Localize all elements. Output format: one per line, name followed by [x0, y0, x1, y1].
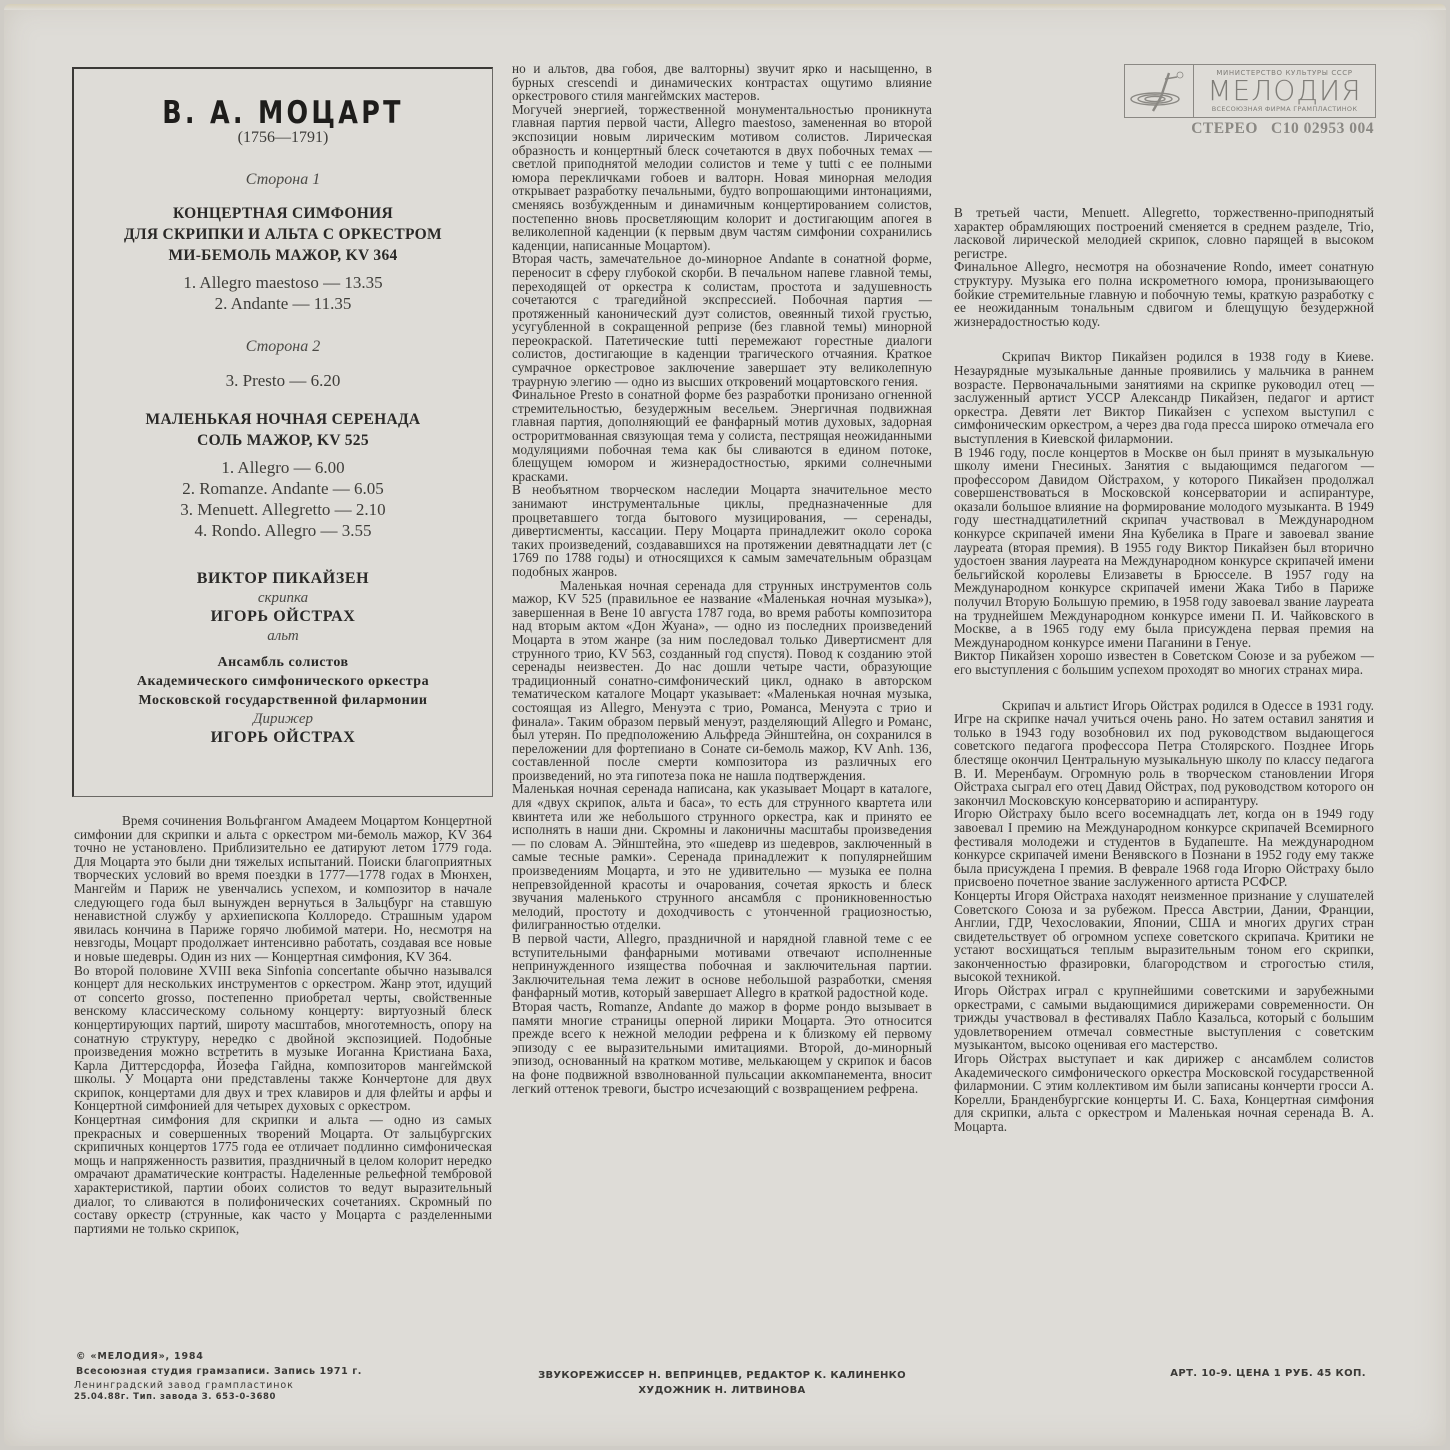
liner-note-paragraph: Виктор Пикайзен хорошо известен в Советс…: [954, 649, 1374, 676]
liner-note-paragraph: Вторая часть, замечательное до-минорное …: [512, 252, 932, 388]
conductor-name: ИГОРЬ ОЙСТРАХ: [74, 728, 492, 748]
track-item: 2. Romanze. Andante — 6.05: [74, 478, 492, 499]
track-listing-box: В. А. МОЦАРТ (1756—1791) Сторона 1 КОНЦЕ…: [72, 67, 493, 797]
catalog-number: СТЕРЕО С10 02953 004: [1174, 120, 1374, 138]
track-item: 2. Andante — 11.35: [74, 293, 492, 314]
price: АРТ. 10-9. ЦЕНА 1 РУБ. 45 КОП.: [1170, 1368, 1366, 1379]
ensemble-name: Ансамбль солистовАкадемического симфонич…: [74, 653, 492, 710]
record-player-arm-icon: [1125, 65, 1194, 117]
conductor-label: Дирижер: [74, 710, 492, 728]
work-2-title: МАЛЕНЬКАЯ НОЧНАЯ СЕРЕНАДА СОЛЬ МАЖОР, KV…: [74, 409, 492, 451]
track-item: 1. Allegro — 6.00: [74, 457, 492, 478]
liner-note-paragraph: В необъятном творческом наследии Моцарта…: [512, 483, 932, 578]
ensemble-line: Академического симфонического оркестра: [74, 672, 492, 691]
format-label: СТЕРЕО: [1191, 120, 1258, 137]
liner-notes-column-1: Время сочинения Вольфгангом Амадеем Моца…: [74, 814, 492, 1235]
work-2-title-line: МАЛЕНЬКАЯ НОЧНАЯ СЕРЕНАДА: [74, 409, 492, 430]
side-2-label: Сторона 2: [74, 338, 492, 356]
liner-note-paragraph: В первой части, Allegro, праздничной и н…: [512, 932, 932, 1000]
side-2-work-2-tracks: 1. Allegro — 6.002. Romanze. Andante — 6…: [74, 457, 492, 541]
track-item: 3. Menuett. Allegretto — 2.10: [74, 499, 492, 520]
liner-note-paragraph: В 1946 году, после концертов в Москве он…: [954, 446, 1374, 650]
liner-note-paragraph: Во второй половине XVIII века Sinfonia c…: [74, 964, 492, 1114]
side-1-tracks: 1. Allegro maestoso — 13.352. Andante — …: [74, 272, 492, 314]
ensemble-line: Московской государственной филармонии: [74, 691, 492, 710]
track-item: 3. Presto — 6.20: [74, 370, 492, 391]
composer-years: (1756—1791): [74, 129, 492, 147]
performers: ВИКТОР ПИКАЙЗЕН скрипка ИГОРЬ ОЙСТРАХ ал…: [74, 569, 492, 748]
liner-note-paragraph: Маленькая ночная серенада для струнных и…: [512, 579, 932, 783]
work-1-title-line: ДЛЯ СКРИПКИ И АЛЬТА С ОРКЕСТРОМ: [74, 224, 492, 245]
performer-1-name: ВИКТОР ПИКАЙЗЕН: [74, 569, 492, 589]
work-2-title-line: СОЛЬ МАЖОР, KV 525: [74, 430, 492, 451]
liner-note-paragraph: Финальное Presto в сонатной форме без ра…: [512, 388, 932, 483]
logo-text: МИНИСТЕРСТВО КУЛЬТУРЫ СССР МЕЛОДИЯ ВСЕСО…: [1194, 65, 1375, 117]
recording-studio: Всесоюзная студия грамзаписи. Запись 197…: [76, 1366, 362, 1377]
liner-note-paragraph: Могучей энергией, торжественной монумент…: [512, 103, 932, 253]
track-item: 4. Rondo. Allegro — 3.55: [74, 520, 492, 541]
credits-line: ХУДОЖНИК Н. ЛИТВИНОВА: [512, 1383, 932, 1398]
liner-notes-column-2: но и альтов, два гобоя, две валторны) зв…: [512, 62, 932, 1095]
liner-note-paragraph: Время сочинения Вольфгангом Амадеем Моца…: [74, 814, 492, 964]
liner-note-paragraph: Концерты Игоря Ойстраха находят неизменн…: [954, 889, 1374, 984]
catalog-id: С10 02953 004: [1271, 120, 1374, 137]
liner-notes-column-3: В третьей части, Menuett. Allegretto, то…: [954, 206, 1374, 1134]
liner-note-paragraph: Финальное Allegro, несмотря на обозначен…: [954, 260, 1374, 328]
logo-firm: ВСЕСОЮЗНАЯ ФИРМА ГРАМПЛАСТИНОК: [1212, 105, 1358, 113]
liner-note-paragraph: но и альтов, два гобоя, две валторны) зв…: [512, 62, 932, 103]
logo-brand: МЕЛОДИЯ: [1207, 77, 1361, 105]
pressing-plant: Ленинградский завод грампластинок: [74, 1380, 294, 1391]
performer-2-role: альт: [74, 627, 492, 645]
print-info: 25.04.88г. Тип. завода З. 653-0-3680: [74, 1392, 276, 1402]
work-1-title-line: КОНЦЕРТНАЯ СИМФОНИЯ: [74, 203, 492, 224]
liner-note-paragraph: Скрипач и альтист Игорь Ойстрах родился …: [954, 699, 1374, 808]
copyright: © «МЕЛОДИЯ», 1984: [76, 1351, 204, 1362]
performer-1-role: скрипка: [74, 589, 492, 607]
liner-note-paragraph: Вторая часть, Romanze, Andante до мажор …: [512, 1000, 932, 1095]
ensemble-line: Ансамбль солистов: [74, 653, 492, 672]
work-1-title: КОНЦЕРТНАЯ СИМФОНИЯ ДЛЯ СКРИПКИ И АЛЬТА …: [74, 203, 492, 266]
record-sleeve-back: В. А. МОЦАРТ (1756—1791) Сторона 1 КОНЦЕ…: [4, 4, 1446, 1446]
liner-note-paragraph: Игорь Ойстрах играл с крупнейшими советс…: [954, 984, 1374, 1052]
liner-note-paragraph: Скрипач Виктор Пикайзен родился в 1938 г…: [954, 350, 1374, 445]
liner-note-paragraph: Игорь Ойстрах выступает и как дирижер с …: [954, 1052, 1374, 1134]
liner-note-paragraph: Игорю Ойстраху было всего восемнадцать л…: [954, 807, 1374, 889]
composer-name: В. А. МОЦАРТ: [112, 95, 455, 131]
melodiya-logo: МИНИСТЕРСТВО КУЛЬТУРЫ СССР МЕЛОДИЯ ВСЕСО…: [1124, 64, 1376, 118]
track-item: 1. Allegro maestoso — 13.35: [74, 272, 492, 293]
work-1-title-line: МИ-БЕМОЛЬ МАЖОР, KV 364: [74, 245, 492, 266]
liner-note-paragraph: Концертная симфония для скрипки и альта …: [74, 1113, 492, 1235]
liner-note-paragraph: В третьей части, Menuett. Allegretto, то…: [954, 206, 1374, 260]
liner-note-paragraph: Маленькая ночная серенада написана, как …: [512, 782, 932, 932]
side-1-label: Сторона 1: [74, 171, 492, 189]
production-credits: ЗВУКОРЕЖИССЕР Н. ВЕПРИНЦЕВ, РЕДАКТОР К. …: [512, 1368, 932, 1398]
credits-line: ЗВУКОРЕЖИССЕР Н. ВЕПРИНЦЕВ, РЕДАКТОР К. …: [512, 1368, 932, 1383]
side-2-work-1-tracks: 3. Presto — 6.20: [74, 370, 492, 391]
performer-2-name: ИГОРЬ ОЙСТРАХ: [74, 607, 492, 627]
